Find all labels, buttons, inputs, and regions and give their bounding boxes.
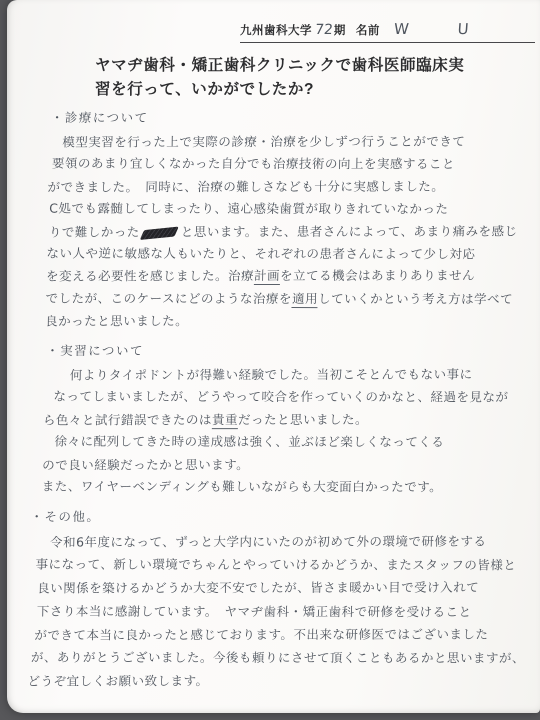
handwritten-line: ら色々と試行錯誤できたのは貴重だったと思いました。	[43, 408, 508, 431]
handwritten-line: 要領のあまり宜しくなかった自分でも治療技術の向上を実感すること	[52, 153, 519, 176]
handwritten-text: 令和6年度になって、ずっと大学内にいたのが初めて外の環境で研修をする	[50, 534, 487, 550]
school-name: 九州歯科大学	[240, 22, 312, 38]
handwritten-text: 事になって、新しい環境でちゃんとやっていけるかどうか、またスタッフの皆様と	[35, 557, 516, 573]
handwritten-line: が、ありがとうございました。今後も頼りにさせて頂くこともあるかと思いますが、	[31, 646, 525, 670]
handwritten-text: 良い関係を築けるかどうか大変不安でしたが、皆さま暖かい目で受け入れて	[37, 580, 479, 596]
handwritten-line: 良かったと思いました。	[45, 310, 516, 333]
section-body: 模型実習を行った上で実際の診療・治療を少しずつ行うことができて要領のあまり宜しく…	[45, 131, 519, 333]
section-sonota: ・その他。 令和6年度になって、ずっと大学内にいたのが初めて外の環境で研修をする…	[25, 507, 527, 692]
handwritten-text: どうぞ宜しくお願い致します。	[27, 673, 208, 688]
section-body: 令和6年度になって、ずっと大学内にいたのが初めて外の環境で研修をする事になって、…	[25, 530, 527, 692]
handwritten-line: 事になって、新しい環境でちゃんとやっていけるかどうか、またスタッフの皆様と	[35, 553, 526, 577]
name-value: W U	[393, 20, 491, 38]
handwritten-text: だったと思いました。	[238, 412, 368, 427]
scribbled-out-word	[140, 226, 179, 239]
section-jisshu: ・実習について 何よりタイポドントが得難い経験でした。当初こそとんでもない事にな…	[42, 341, 510, 498]
handwritten-line: ので良い経験だったかと思います。	[42, 453, 507, 476]
question-title-line2: 習を行って、いかがでしたか?	[95, 78, 515, 102]
handwritten-text: りで難しかった	[49, 224, 140, 239]
handwritten-text: でしたが、このケースにどのような治療を	[46, 290, 293, 305]
handwritten-text: していくかという考え方は学べて	[318, 291, 513, 306]
handwritten-line: 何よりタイポドントが得難い経験でした。当初こそとんでもない事に	[70, 364, 509, 387]
section-body: 何よりタイポドントが得難い経験でした。当初こそとんでもない事になってしまいました…	[42, 364, 509, 498]
handwritten-line: 下さり本当に感謝しています。 ヤマヂ歯科・矯正歯科で研修を受けること	[37, 599, 526, 623]
handwritten-line: どうぞ宜しくお願い致します。	[27, 669, 524, 693]
handwritten-text: また、ワイヤーベンディングも難しいながらも大変面白かったです。	[42, 479, 443, 495]
handwritten-text: と思います。また、患者さんによって、あまり痛みを感じ	[181, 223, 518, 239]
handwritten-line: C処でも露髄してしまったり、遠心感染歯質が取りきれていなかった	[49, 198, 518, 221]
handwritten-line: ない人や逆に敏感な人もいたりと、それぞれの患者さんによって少し対応	[46, 243, 517, 266]
handwritten-text: 要領のあまり宜しくなかった自分でも治療技術の向上を実感すること	[52, 156, 455, 172]
handwritten-line: ができて本当に良かったと感じております。不出来な研修医ではございました	[34, 622, 525, 646]
cohort-number: 72	[314, 22, 334, 38]
handwritten-text: が、ありがとうございました。今後も頼りにさせて頂くこともあるかと思いますが、	[31, 650, 525, 666]
section-shinryo: ・診療について 模型実習を行った上で実際の診療・治療を少しずつ行うことができて要…	[45, 108, 520, 333]
handwritten-line: なってしまいましたが、どうやって咬合を作っていくのかなと、経過を見なが	[53, 386, 508, 409]
handwritten-line: を変える必要性を感じました。治療計画を立てる機会はあまりありません	[46, 265, 517, 288]
handwritten-line: 良い関係を築けるかどうか大変不安でしたが、皆さま暖かい目で受け入れて	[37, 576, 526, 600]
handwritten-text: 貴重	[212, 412, 238, 429]
handwritten-text: 何よりタイポドントが得難い経験でした。当初こそとんでもない事に	[70, 367, 473, 383]
handwritten-text: ができて本当に良かったと感じております。不出来な研修医ではございました	[34, 626, 488, 642]
handwritten-line: また、ワイヤーベンディングも難しいながらも大変面白かったです。	[42, 476, 507, 499]
handwritten-line: でしたが、このケースにどのような治療を適用していくかという考え方は学べて	[45, 287, 516, 310]
handwritten-line: 徐々に配列してきた時の達成感は強く、並ぶほど楽しくなってくる	[54, 431, 507, 454]
question-title: ヤマヂ歯科・矯正歯科クリニックで歯科医師臨床実 習を行って、いかがでしたか?	[95, 54, 515, 102]
handwritten-text: 模型実習を行った上で実際の診療・治療を少しずつ行うことができて	[62, 134, 465, 150]
handwritten-text: 徐々に配列してきた時の達成感は強く、並ぶほど楽しくなってくる	[54, 434, 444, 450]
handwritten-text: 適用	[292, 291, 318, 308]
handwritten-text: 計画	[254, 268, 280, 285]
header-row: 九州歯科大学72期名前W U	[240, 20, 535, 43]
paper: 九州歯科大学72期名前W U ヤマヂ歯科・矯正歯科クリニックで歯科医師臨床実 習…	[7, 0, 540, 713]
handwritten-text: 良かったと思いました。	[45, 313, 188, 328]
handwritten-text: ので良い経験だったかと思います。	[42, 457, 249, 472]
handwritten-text: 下さり本当に感謝しています。 ヤマヂ歯科・矯正歯科で研修を受けること	[37, 603, 472, 619]
name-label: 名前	[356, 22, 380, 38]
handwritten-text: C処でも露髄してしまったり、遠心感染歯質が取りきれていなかった	[49, 201, 449, 217]
handwritten-text: ない人や逆に敏感な人もいたりと、それぞれの患者さんによって少し対応	[46, 246, 475, 262]
handwritten-text: を立てる機会はあまりありません	[280, 268, 475, 283]
section-heading: ・診療について	[51, 108, 520, 126]
handwritten-text: ら色々と試行錯誤できたのは	[43, 412, 212, 427]
section-heading: ・その他。	[30, 507, 527, 525]
cohort-suffix: 期	[334, 22, 346, 38]
handwritten-line: りで難しかったと思います。また、患者さんによって、あまり痛みを感じ	[49, 220, 518, 243]
section-heading: ・実習について	[46, 341, 509, 359]
handwritten-text: なってしまいましたが、どうやって咬合を作っていくのかなと、経過を見なが	[53, 389, 508, 405]
handwritten-line: 令和6年度になって、ずっと大学内にいたのが初めて外の環境で研修をする	[50, 530, 527, 554]
handwritten-text: を変える必要性を感じました。治療	[46, 268, 254, 283]
handwritten-line: ができました。 同時に、治療の難しさなども十分に実感しました。	[47, 175, 518, 198]
handwritten-line: 模型実習を行った上で実際の診療・治療を少しずつ行うことができて	[62, 131, 519, 154]
handwritten-text: ができました。 同時に、治療の難しさなども十分に実感しました。	[47, 178, 444, 194]
question-title-line1: ヤマヂ歯科・矯正歯科クリニックで歯科医師臨床実	[95, 54, 515, 78]
